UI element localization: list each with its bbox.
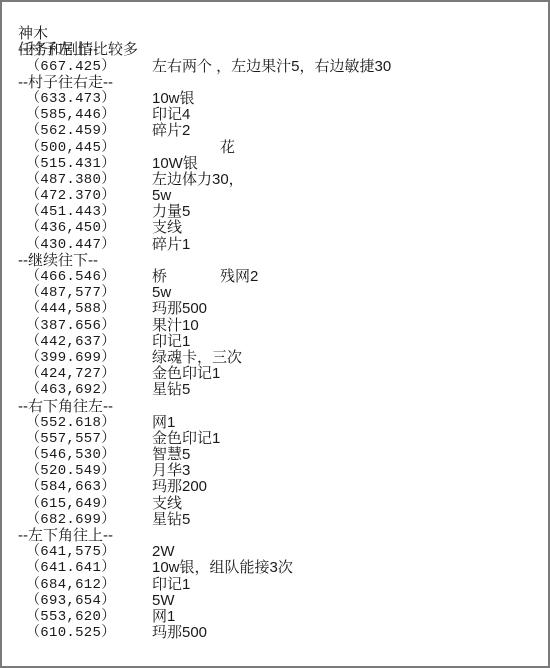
- reward: 智慧5: [152, 447, 190, 463]
- list-item: （487.380）左边体力30，: [18, 172, 43, 188]
- coordinate: （466.546）: [26, 269, 116, 285]
- section-heading: --继续往下--: [18, 253, 98, 269]
- list-item: （444,588）玛那500: [18, 301, 43, 317]
- reward: 左右两个 ，左边果汁5，右边敏捷30: [152, 59, 391, 75]
- list-item: （552.618）网1: [18, 415, 43, 431]
- list-item: （430.447）碎片1: [18, 237, 43, 253]
- list-item: （424,727）金色印记1: [18, 366, 43, 382]
- reward: 力量5: [152, 204, 190, 220]
- reward: 5w: [152, 285, 171, 301]
- coordinate: （399.699）: [26, 350, 116, 366]
- coordinate: （500,445）: [26, 140, 116, 156]
- reward: 网1: [152, 415, 175, 431]
- reward: 玛那500: [152, 625, 207, 641]
- list-item: （387.656）果汁10: [18, 318, 43, 334]
- section-heading: --右下角往左--: [18, 399, 113, 415]
- coordinate: （562.459）: [26, 123, 116, 139]
- coordinate: （387.656）: [26, 318, 116, 334]
- list-item: （520.549）月华3: [18, 463, 43, 479]
- coordinate: （442,637）: [26, 334, 116, 350]
- list-item: （557,557）金色印记1: [18, 431, 43, 447]
- coordinate: （684,612）: [26, 577, 116, 593]
- coordinate: （487,577）: [26, 285, 116, 301]
- reward: 碎片1: [152, 237, 190, 253]
- list-item: （500,445）花: [18, 140, 43, 156]
- list-item: （682.699）星钻5: [18, 512, 43, 528]
- list-item: （562.459）碎片2: [18, 123, 43, 139]
- coordinate: （444,588）: [26, 301, 116, 317]
- list-item: （442,637）印记1: [18, 334, 43, 350]
- coordinate: （553,620）: [26, 609, 116, 625]
- reward: 支线: [152, 496, 182, 512]
- coordinate: （641,575）: [26, 544, 116, 560]
- reward: 星钻5: [152, 512, 190, 528]
- section-heading-line: --左下角往上--: [18, 528, 43, 544]
- coordinate: （552.618）: [26, 415, 116, 431]
- coordinate: （667.425）: [26, 59, 116, 75]
- reward: 金色印记1: [152, 431, 220, 447]
- coordinate: （472.370）: [26, 188, 116, 204]
- list-item: （472.370）5w: [18, 188, 43, 204]
- coordinate: （682.699）: [26, 512, 116, 528]
- coordinate: （584,663）: [26, 479, 116, 495]
- coordinate: （633.473）: [26, 91, 116, 107]
- reward: 5w: [152, 188, 171, 204]
- list-item: （436,450）支线: [18, 220, 43, 236]
- section-heading: --左下角往上--: [18, 528, 113, 544]
- section-heading-line: --村子左上--: [18, 42, 43, 58]
- list-item: （693,654）5W: [18, 593, 43, 609]
- doc-subtitle-line: 任务和剧情比较多: [18, 26, 43, 42]
- reward: 玛那200: [152, 479, 207, 495]
- reward: 果汁10: [152, 318, 199, 334]
- document-body: 神木 任务和剧情比较多 --村子左上-- （667.425）左右两个 ，左边果汁…: [18, 10, 43, 641]
- reward: 玛那500: [152, 301, 207, 317]
- coordinate: （585,446）: [26, 107, 116, 123]
- section-heading-line: --村子往右走--: [18, 75, 43, 91]
- list-item: （463,692）星钻5: [18, 382, 43, 398]
- reward: 碎片2: [152, 123, 190, 139]
- coordinate: （610.525）: [26, 625, 116, 641]
- list-item: （451.443）力量5: [18, 204, 43, 220]
- reward-extra: 残网2: [220, 269, 258, 285]
- reward: 10w银: [152, 91, 195, 107]
- reward: 印记4: [152, 107, 190, 123]
- coordinate: （424,727）: [26, 366, 116, 382]
- reward: 左边体力30，: [152, 172, 244, 188]
- reward: 绿魂卡，三次: [152, 350, 242, 366]
- list-item: （667.425）左右两个 ，左边果汁5，右边敏捷30: [18, 59, 43, 75]
- reward: 桥: [152, 269, 167, 285]
- coordinate: （615,649）: [26, 496, 116, 512]
- list-item: （615,649）支线: [18, 496, 43, 512]
- coordinate: （520.549）: [26, 463, 116, 479]
- list-item: （684,612）印记1: [18, 577, 43, 593]
- coordinate: （693,654）: [26, 593, 116, 609]
- reward: 网1: [152, 609, 175, 625]
- list-item: （633.473）10w银: [18, 91, 43, 107]
- reward: 印记1: [152, 577, 190, 593]
- coordinate: （515.431）: [26, 156, 116, 172]
- coordinate: （451.443）: [26, 204, 116, 220]
- reward: 星钻5: [152, 382, 190, 398]
- list-item: （553,620）网1: [18, 609, 43, 625]
- coordinate: （641.641）: [26, 560, 116, 576]
- reward: 印记1: [152, 334, 190, 350]
- list-item: （515.431）10W银: [18, 156, 43, 172]
- coordinate: （557,557）: [26, 431, 116, 447]
- list-item: （466.546）桥残网2: [18, 269, 43, 285]
- reward: 金色印记1: [152, 366, 220, 382]
- doc-title-line: 神木: [18, 10, 43, 26]
- reward: 2W: [152, 544, 175, 560]
- reward: 支线: [152, 220, 182, 236]
- reward: 10W银: [152, 156, 198, 172]
- section-heading-line: --继续往下--: [18, 253, 43, 269]
- reward-extra: 花: [220, 140, 235, 156]
- coordinate: （436,450）: [26, 220, 116, 236]
- list-item: （487,577）5w: [18, 285, 43, 301]
- coordinate: （463,692）: [26, 382, 116, 398]
- coordinate: （430.447）: [26, 237, 116, 253]
- coordinate: （487.380）: [26, 172, 116, 188]
- list-item: （641.641）10w银，组队能接3次: [18, 560, 43, 576]
- section-heading: --村子往右走--: [18, 75, 113, 91]
- list-item: （399.699）绿魂卡，三次: [18, 350, 43, 366]
- reward: 月华3: [152, 463, 190, 479]
- reward: 10w银，组队能接3次: [152, 560, 293, 576]
- coordinate: （546,530）: [26, 447, 116, 463]
- document-frame: 神木 任务和剧情比较多 --村子左上-- （667.425）左右两个 ，左边果汁…: [0, 0, 550, 668]
- list-item: （585,446）印记4: [18, 107, 43, 123]
- reward: 5W: [152, 593, 175, 609]
- list-item: （641,575）2W: [18, 544, 43, 560]
- section-heading-line: --右下角往左--: [18, 399, 43, 415]
- list-item: （546,530）智慧5: [18, 447, 43, 463]
- section-heading: --村子左上--: [18, 42, 98, 58]
- list-item: （584,663）玛那200: [18, 479, 43, 495]
- list-item: （610.525）玛那500: [18, 625, 43, 641]
